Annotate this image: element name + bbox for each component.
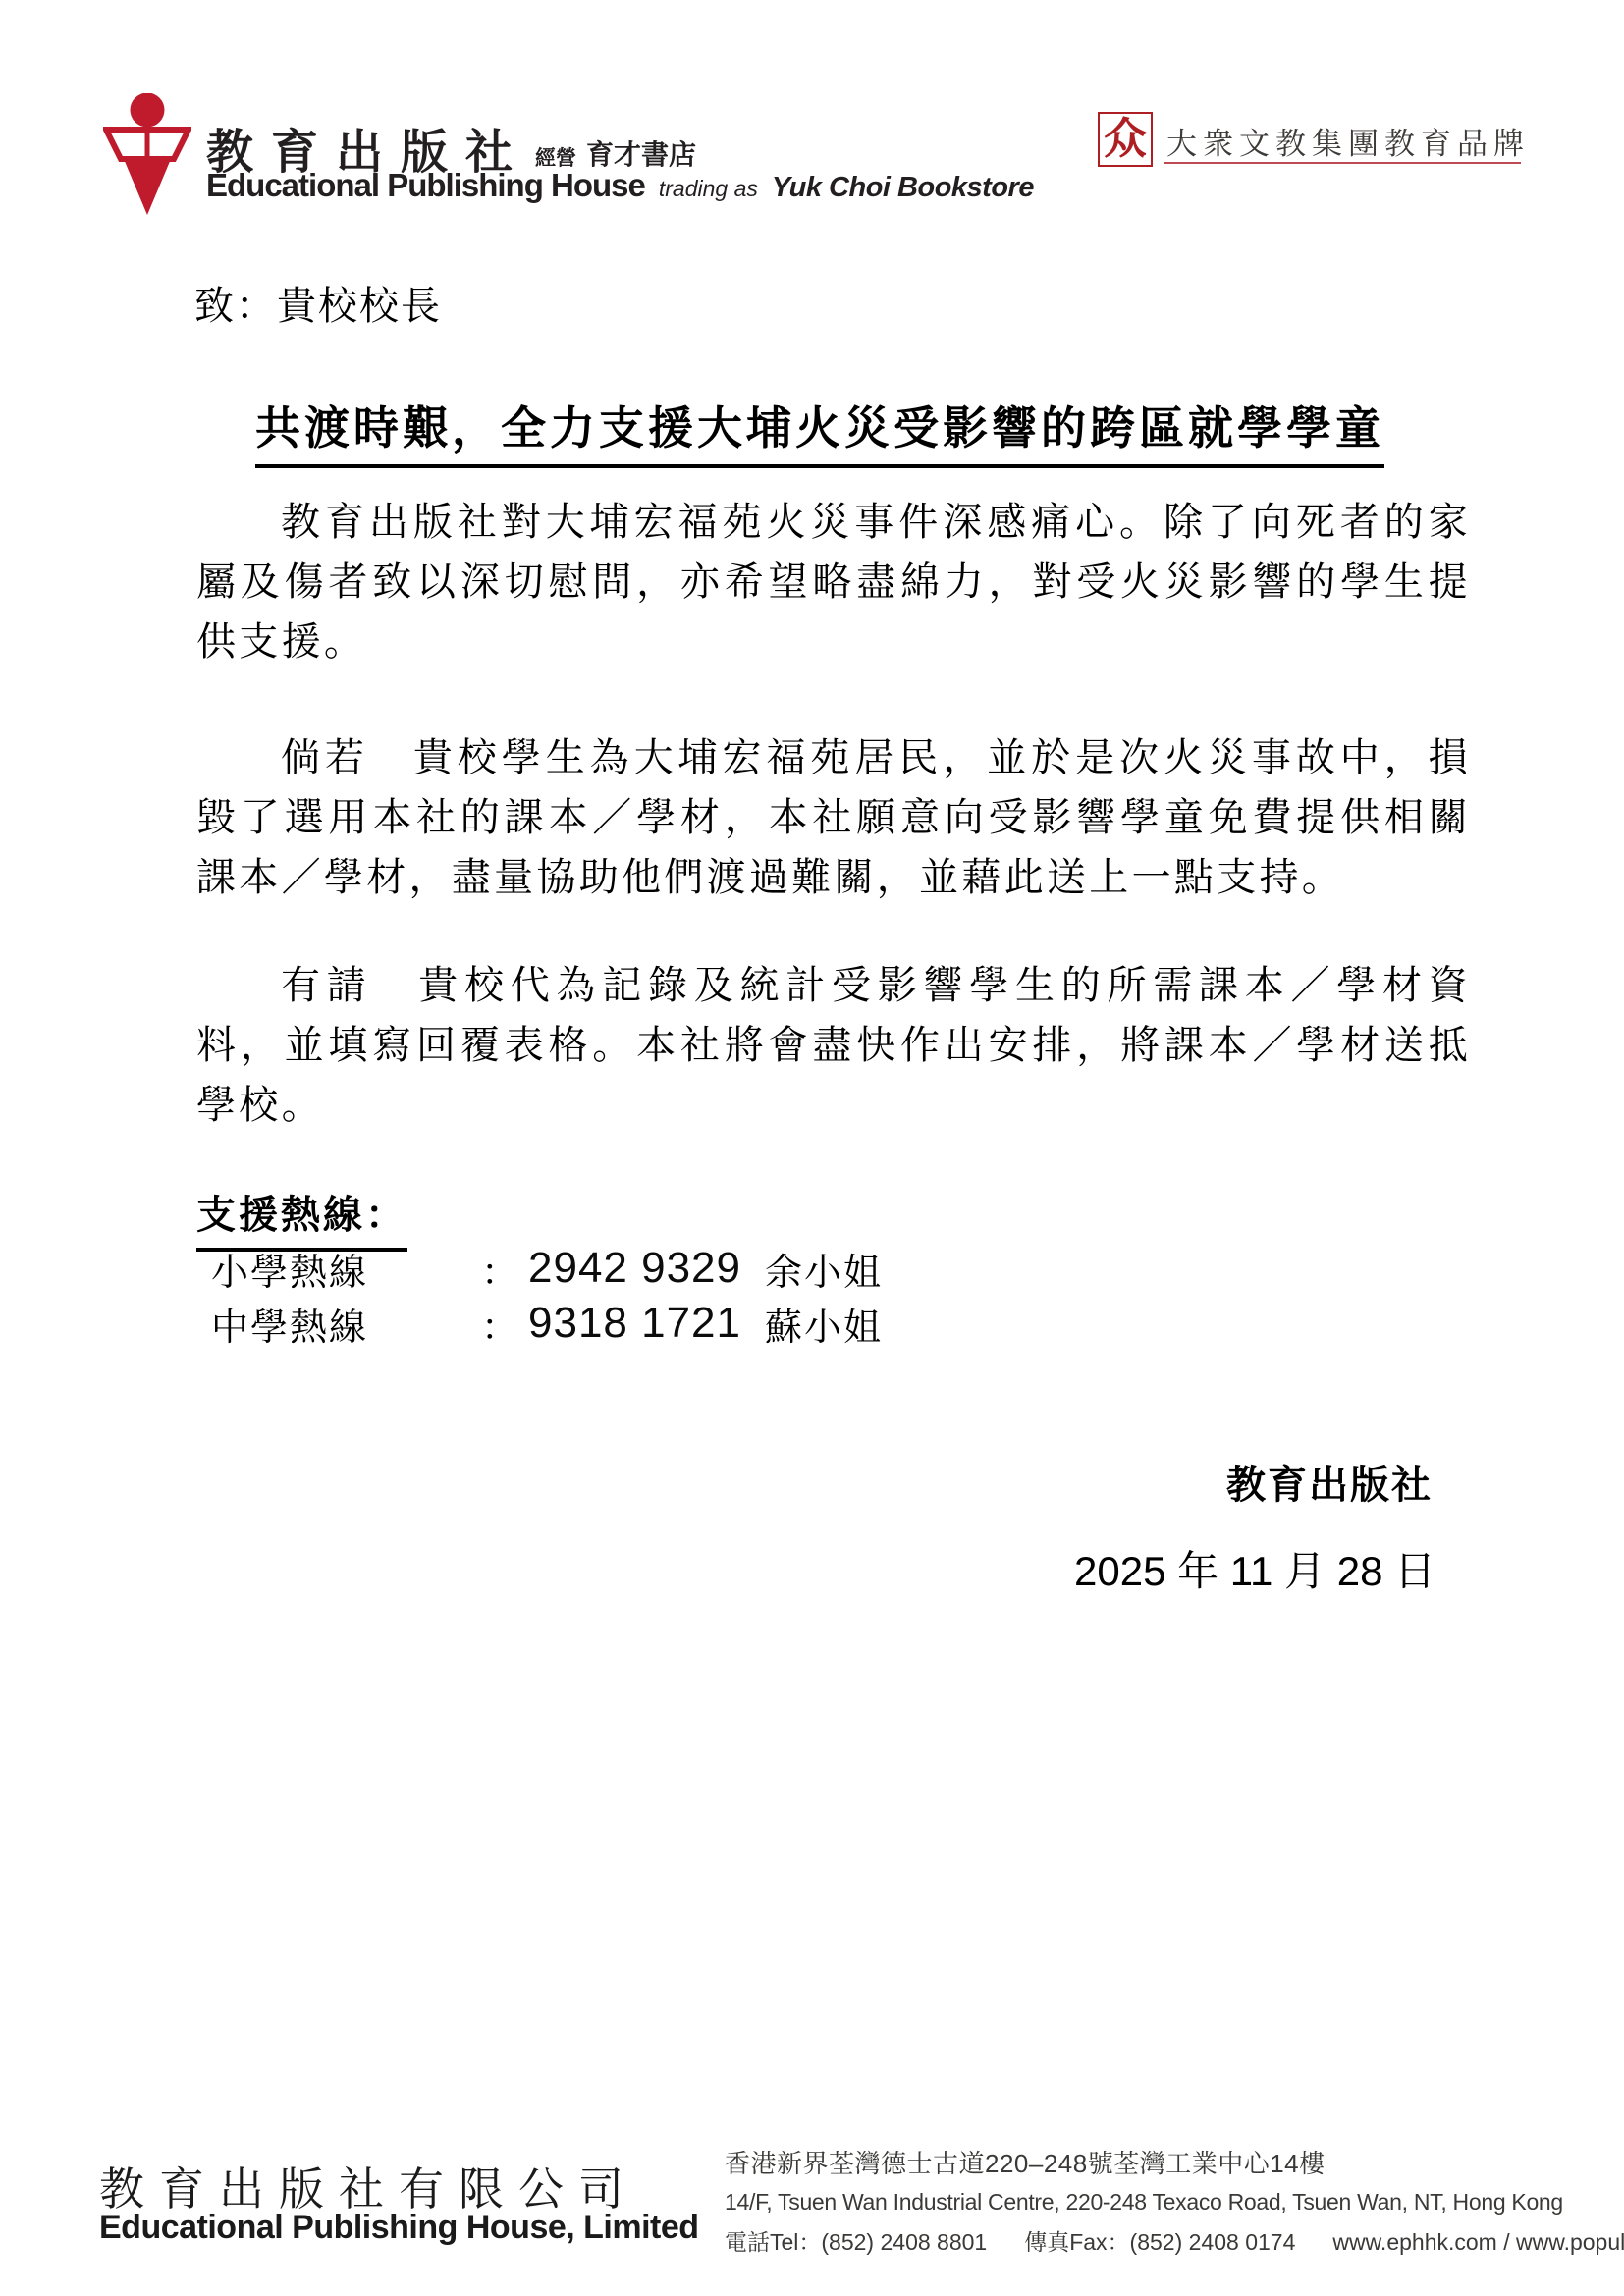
popular-logo-glyph: 众 [1104,118,1147,161]
eph-bookstore-name: Yuk Choi Bookstore [772,172,1034,204]
footer-contact-line: 電話Tel：(852) 2408 8801傳真Fax：(852) 2408 01… [725,2224,1549,2257]
popular-logo-underline [1164,162,1521,164]
footer-company-en: Educational Publishing House, Limited [99,2209,699,2247]
paragraph-1: 教育出版社對大埔宏福苑火災事件深感痛心。除了向死者的家屬及傷者致以深切慰問，亦希… [196,493,1471,672]
popular-logo-icon: 众 [1098,112,1153,167]
letter-date: 2025 年 11 月 28 日 [1074,1539,1435,1598]
hotline-row-primary: 小學熱線 ： 2942 9329 余小姐 [211,1243,883,1294]
hotline-colon: ： [481,1297,528,1351]
popular-logo-text: 大衆文教集團教育品牌 [1166,119,1530,163]
letter-title: 共渡時艱，全力支援大埔火災受影響的跨區就學學童 [255,393,1384,468]
eph-logo-en-line: Educational Publishing House trading as … [206,167,1034,204]
paragraph-3: 有請 貴校代為記錄及統計受影響學生的所需課本／學材資料，並填寫回覆表格。本社將會… [196,956,1471,1136]
eph-logo-en-name: Educational Publishing House [206,167,645,204]
eph-logo-tagline: 經營 育才書店 [535,128,696,169]
footer-tel: 電話Tel：(852) 2408 8801 [725,2229,987,2255]
footer-web: www.ephhk.com / www.popular.com.hk [1332,2229,1624,2255]
hotline-number: 2942 9329 [528,1244,741,1293]
eph-logo-icon [103,93,191,217]
footer-address-block: 香港新界荃灣德士古道220–248號荃灣工業中心14樓 14/F, Tsuen … [725,2144,1549,2257]
hotline-number: 9318 1721 [528,1299,741,1348]
footer-address-en: 14/F, Tsuen Wan Industrial Centre, 220-2… [725,2189,1549,2216]
hotline-row-secondary: 中學熱線 ： 9318 1721 蘇小姐 [211,1298,883,1349]
signature: 教育出版社 [1226,1454,1433,1510]
footer-address-cn: 香港新界荃灣德士古道220–248號荃灣工業中心14樓 [725,2144,1549,2180]
letter-title-wrap: 共渡時艱，全力支援大埔火災受影響的跨區就學學童 [187,393,1453,468]
eph-trading-as-label: trading as [659,176,758,202]
hotline-contact: 蘇小姐 [765,1297,883,1351]
paragraph-2: 倘若 貴校學生為大埔宏福苑居民，並於是次火災事故中，損毀了選用本社的課本／學材，… [196,728,1471,908]
eph-tagline-prefix: 經營 [535,148,576,169]
hotline-label: 中學熱線 [211,1297,481,1351]
hotline-contact: 余小姐 [765,1242,883,1296]
hotline-colon: ： [481,1242,528,1296]
eph-tagline-bookstore: 育才書店 [586,141,696,169]
footer-fax: 傳真Fax：(852) 2408 0174 [1024,2229,1295,2255]
hotline-label: 小學熱線 [211,1242,481,1296]
salutation: 致：貴校校長 [194,275,442,331]
letter-page: 教育出版社 經營 育才書店 Educational Publishing Hou… [0,0,1624,2296]
